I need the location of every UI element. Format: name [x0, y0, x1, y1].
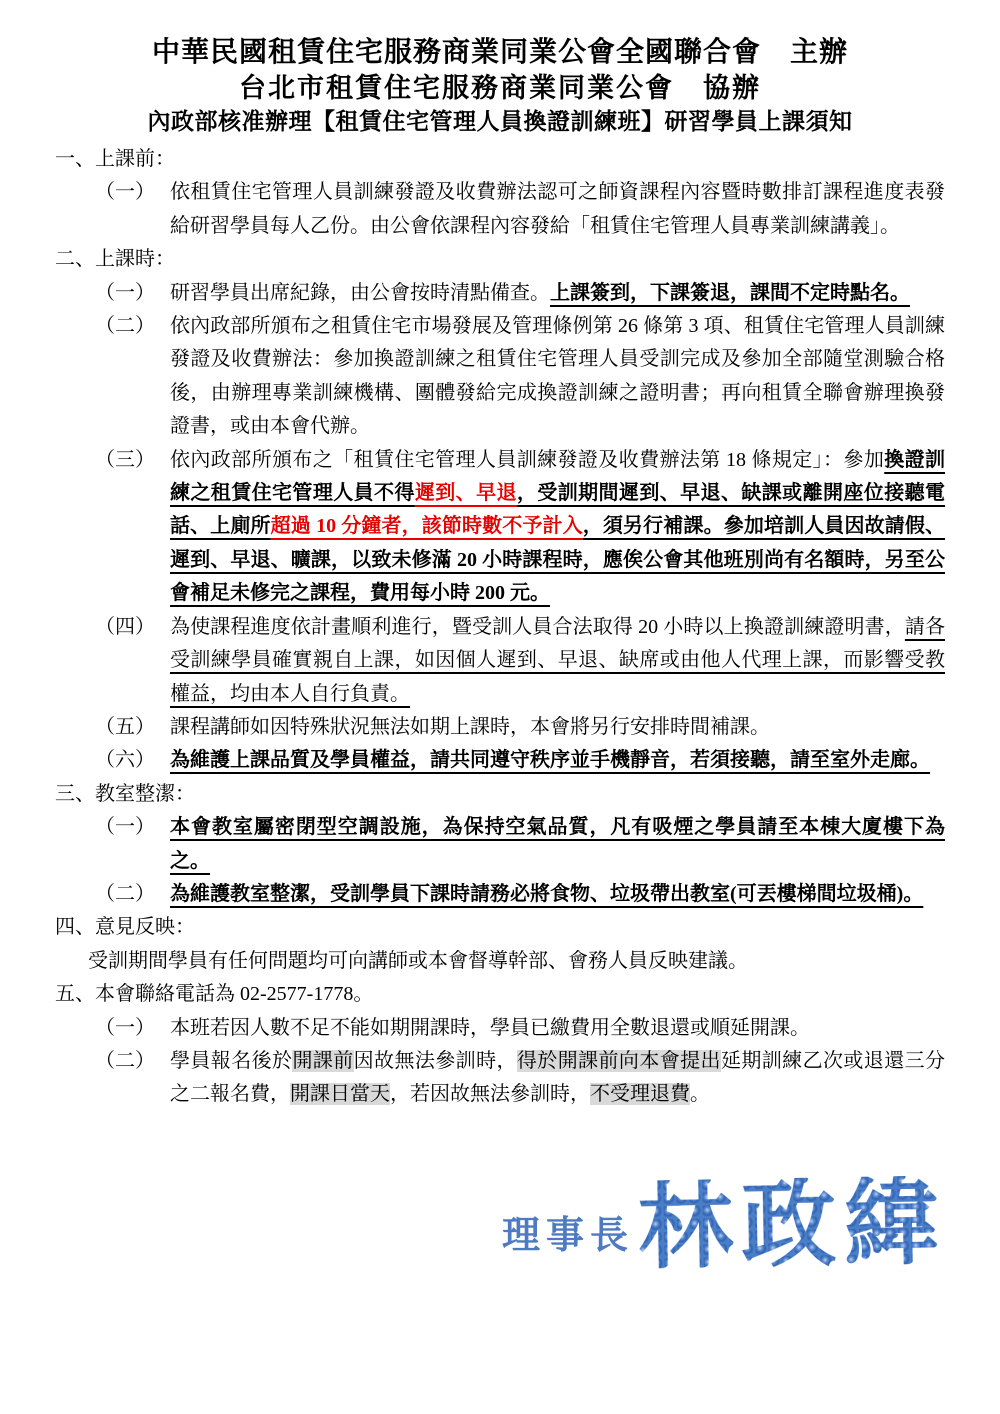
list-item: （五）課程講師如因特殊狀況無法如期上課時，本會將另行安排時間補課。	[55, 711, 945, 744]
text-run: 超過 10 分鐘者，該節時數不予計入	[271, 515, 583, 537]
item-marker: （二）	[95, 878, 170, 911]
section-heading-text: 教室整潔：	[95, 783, 195, 805]
item-marker: （五）	[95, 711, 170, 744]
chairman-stamp: 理事長 林政緯	[502, 1178, 947, 1273]
item-marker: （一）	[95, 176, 170, 243]
text-run: 為維護上課品質及學員權益，請共同遵守秩序並手機靜音，若須接聽，請至室外走廊。	[170, 749, 930, 771]
item-marker: （六）	[95, 744, 170, 777]
text-run: 開課前	[292, 1050, 353, 1072]
text-run: 研習學員出席紀錄，由公會按時清點備查。	[170, 282, 550, 304]
section-marker: 三、	[55, 783, 95, 805]
item-marker: （一）	[95, 277, 170, 310]
item-text: 依租賃住宅管理人員訓練發證及收費辦法認可之師資課程內容暨時數排訂課程進度表發給研…	[170, 176, 945, 243]
text-run: 因故無法參訓時，	[354, 1050, 517, 1072]
text-run: 為維護教室整潔，受訓學員下課時請務必將食物、垃圾帶出教室(可丟樓梯間垃圾桶)。	[170, 883, 923, 905]
section-heading-text: 上課時：	[95, 248, 175, 270]
list-item: （一）研習學員出席紀錄，由公會按時清點備查。上課簽到，下課簽退，課間不定時點名。	[55, 277, 945, 310]
section-heading: 一、上課前：	[55, 143, 945, 176]
text-run: 遲到、早退	[415, 482, 517, 504]
section-heading-text: 意見反映：	[95, 916, 195, 938]
section-marker: 四、	[55, 916, 95, 938]
text-run: ，若因故無法參訓時，	[390, 1083, 590, 1105]
section-heading-text: 上課前：	[95, 148, 175, 170]
item-marker: （二）	[95, 1045, 170, 1112]
title-co-organizer: 台北市租賃住宅服務商業同業公會 協辦	[0, 71, 1000, 106]
item-text: 依內政部所頒布之「租賃住宅管理人員訓練發證及收費辦法第 18 條規定」：參加換證…	[170, 444, 945, 611]
text-run: 開課日當天	[290, 1083, 390, 1105]
text-run: 為使課程進度依計畫順利進行，暨受訓人員合法取得 20 小時以上換證訓練證明書，	[170, 616, 905, 638]
text-run: 受訓期間學員有任何問題均可向講師或本會督導幹部、會務人員反映建議。	[88, 950, 748, 972]
section-marker: 二、	[55, 248, 95, 270]
section-heading: 三、教室整潔：	[55, 778, 945, 811]
item-text: 為維護上課品質及學員權益，請共同遵守秩序並手機靜音，若須接聽，請至室外走廊。	[170, 744, 945, 777]
item-marker: （二）	[95, 310, 170, 444]
text-run: 學員報名後於	[170, 1050, 292, 1072]
list-item: （二）依內政部所頒布之租賃住宅市場發展及管理條例第 26 條第 3 項、租賃住宅…	[55, 310, 945, 444]
item-text: 本班若因人數不足不能如期開課時，學員已繳費用全數退還或順延開課。	[170, 1012, 945, 1045]
list-item: （一）依租賃住宅管理人員訓練發證及收費辦法認可之師資課程內容暨時數排訂課程進度表…	[55, 176, 945, 243]
document-body: 一、上課前：（一）依租賃住宅管理人員訓練發證及收費辦法認可之師資課程內容暨時數排…	[55, 143, 945, 1112]
section-marker: 一、	[55, 148, 95, 170]
item-text: 學員報名後於開課前因故無法參訓時，得於開課前向本會提出延期訓練乙次或退還三分之二…	[170, 1045, 945, 1112]
list-item: （一）本班若因人數不足不能如期開課時，學員已繳費用全數退還或順延開課。	[55, 1012, 945, 1045]
section-paragraph: 受訓期間學員有任何問題均可向講師或本會督導幹部、會務人員反映建議。	[55, 945, 945, 978]
list-item: （三）依內政部所頒布之「租賃住宅管理人員訓練發證及收費辦法第 18 條規定」：參…	[55, 444, 945, 611]
list-item: （六）為維護上課品質及學員權益，請共同遵守秩序並手機靜音，若須接聽，請至室外走廊…	[55, 744, 945, 777]
text-run: 依內政部所頒布之租賃住宅市場發展及管理條例第 26 條第 3 項、租賃住宅管理人…	[170, 315, 945, 437]
item-text: 本會教室屬密閉型空調設施，為保持空氣品質，凡有吸煙之學員請至本棟大廈樓下為之。	[170, 811, 945, 878]
text-run: 本班若因人數不足不能如期開課時，學員已繳費用全數退還或順延開課。	[170, 1017, 810, 1039]
document-header: 中華民國租賃住宅服務商業同業公會全國聯合會 主辦 台北市租賃住宅服務商業同業公會…	[0, 0, 1000, 138]
text-run: 依內政部所頒布之「租賃住宅管理人員訓練發證及收費辦法第 18 條規定」：參加	[170, 449, 884, 471]
section-heading: 四、意見反映：	[55, 911, 945, 944]
item-text: 課程講師如因特殊狀況無法如期上課時，本會將另行安排時間補課。	[170, 711, 945, 744]
text-run: 得於開課前向本會提出	[517, 1050, 721, 1072]
list-item: （四）為使課程進度依計畫順利進行，暨受訓人員合法取得 20 小時以上換證訓練證明…	[55, 611, 945, 711]
item-marker: （一）	[95, 1012, 170, 1045]
text-run: 依租賃住宅管理人員訓練發證及收費辦法認可之師資課程內容暨時數排訂課程進度表發給研…	[170, 181, 945, 236]
stamp-title: 理事長	[502, 1204, 634, 1259]
item-text: 為維護教室整潔，受訓學員下課時請務必將食物、垃圾帶出教室(可丟樓梯間垃圾桶)。	[170, 878, 945, 911]
item-text: 為使課程進度依計畫順利進行，暨受訓人員合法取得 20 小時以上換證訓練證明書，請…	[170, 611, 945, 711]
item-marker: （一）	[95, 811, 170, 878]
text-run: 本會教室屬密閉型空調設施，為保持空氣品質，凡有吸煙之學員請至本棟大廈樓下為之。	[170, 816, 945, 871]
title-organizer: 中華民國租賃住宅服務商業同業公會全國聯合會 主辦	[0, 34, 1000, 71]
stamp-signature: 林政緯	[637, 1175, 948, 1275]
item-text: 依內政部所頒布之租賃住宅市場發展及管理條例第 26 條第 3 項、租賃住宅管理人…	[170, 310, 945, 444]
section-heading: 二、上課時：	[55, 243, 945, 276]
list-item: （一）本會教室屬密閉型空調設施，為保持空氣品質，凡有吸煙之學員請至本棟大廈樓下為…	[55, 811, 945, 878]
text-run: 上課簽到，下課簽退，課間不定時點名。	[550, 282, 910, 304]
list-item: （二）為維護教室整潔，受訓學員下課時請務必將食物、垃圾帶出教室(可丟樓梯間垃圾桶…	[55, 878, 945, 911]
title-notice: 內政部核准辦理【租賃住宅管理人員換證訓練班】研習學員上課須知	[0, 106, 1000, 138]
text-run: 。	[690, 1083, 710, 1105]
section-heading: 五、本會聯絡電話為 02-2577-1778。	[55, 978, 945, 1011]
text-run: 不受理退費	[590, 1083, 690, 1105]
text-run: 課程講師如因特殊狀況無法如期上課時，本會將另行安排時間補課。	[170, 716, 770, 738]
section-marker: 五、	[55, 983, 95, 1005]
document-page: 中華民國租賃住宅服務商業同業公會全國聯合會 主辦 台北市租賃住宅服務商業同業公會…	[0, 0, 1000, 1414]
item-marker: （三）	[95, 444, 170, 611]
item-marker: （四）	[95, 611, 170, 711]
section-heading-text: 本會聯絡電話為 02-2577-1778。	[95, 983, 373, 1005]
item-text: 研習學員出席紀錄，由公會按時清點備查。上課簽到，下課簽退，課間不定時點名。	[170, 277, 945, 310]
list-item: （二）學員報名後於開課前因故無法參訓時，得於開課前向本會提出延期訓練乙次或退還三…	[55, 1045, 945, 1112]
